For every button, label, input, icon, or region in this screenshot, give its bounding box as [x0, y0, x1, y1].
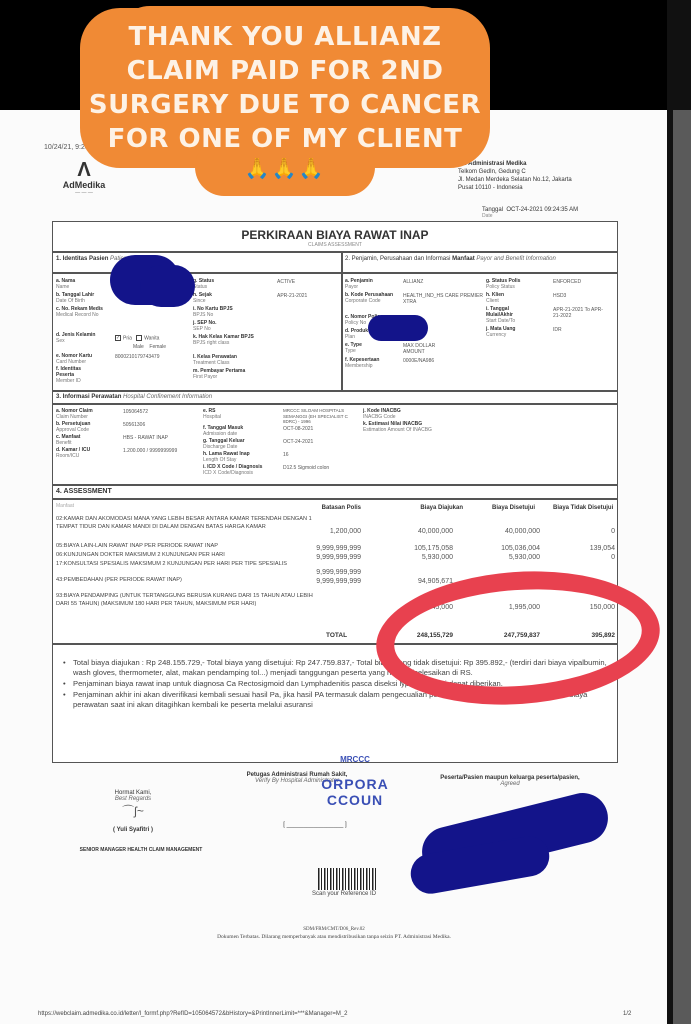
- sex-options: ✓Pria Wanita Male Female: [115, 335, 166, 350]
- field-hospital: e. RSHospital: [203, 408, 221, 420]
- redaction-policy-info: [368, 315, 428, 341]
- field-currency: j. Mata UangCurrency: [486, 326, 515, 338]
- barcode-label: Scan your Reference ID: [312, 891, 376, 897]
- field-type: e. TypeType: [345, 342, 362, 354]
- field-discharge-date: g. Tanggal KeluarDischarge Date: [203, 438, 245, 450]
- section-confinement-heading: 3. Informasi Perawatan Hospital Confinem…: [56, 394, 212, 400]
- reference-barcode: [318, 868, 376, 890]
- footer-url: https://webclaim.admedika.co.id/letter/l…: [38, 1011, 348, 1017]
- assessment-cell-limit: 1,200,000: [286, 528, 361, 535]
- document-date: Tanggal OCT-24-2021 09:24:35 AM Date: [482, 207, 578, 219]
- field-first-payor: m. Pembayar PertamaFirst Payor: [193, 368, 245, 380]
- field-icd-diagnosis: i. ICD X Code / DiagnosisICD X Code/Diag…: [203, 464, 262, 476]
- footer-page-number: 1/2: [623, 1011, 631, 1017]
- assessment-row-desc: 02:KAMAR DAN AKOMODASI MANA YANG LEBIH B…: [56, 515, 316, 531]
- field-claim-number: a. Nomor ClaimClaim Number: [56, 408, 93, 420]
- section-payor-heading: 2. Penjamin, Perusahaan dan Informasi Ma…: [345, 256, 615, 262]
- field-plan: d. ProdukPlan: [345, 328, 368, 340]
- assessment-row-desc: 93:BIAYA PENDAMPING (UNTUK TERTANGGUNG B…: [56, 592, 316, 608]
- field-inacbg-estimate: k. Estimasi Nilai INACBGEstimation Amoun…: [363, 421, 433, 433]
- field-policy-status: g. Status PolisPolicy Status: [486, 278, 520, 290]
- col-submitted: Biaya Diajukan: [393, 505, 463, 511]
- right-edge-bar: [667, 0, 691, 1024]
- field-sex: d. Jenis KelaminSex: [56, 332, 95, 344]
- field-start-end-date: i. Tanggal Mulai/AkhirStart Date/To: [486, 306, 536, 324]
- assessment-cell-submitted: 40,000,000: [378, 528, 453, 535]
- signature-scribble-icon: ⌒ʃ~: [78, 802, 188, 819]
- col-approved: Biaya Disetujui: [465, 505, 535, 511]
- assessment-row-desc: 06:KUNJUNGAN DOKTER MAKSIMUM 2 KUNJUNGAN…: [56, 551, 316, 559]
- assessment-cell-submitted: 5,930,000: [378, 554, 453, 561]
- assessment-row-desc: 43:PEMBEDAHAN (PER PERIODE RAWAT INAP): [56, 576, 316, 584]
- signer-title: SENIOR MANAGER HEALTH CLAIM MANAGEMENT: [56, 847, 226, 853]
- total-label: TOTAL: [326, 632, 347, 639]
- col-policy-limit: Batasan Polis: [291, 505, 361, 511]
- field-inacbg-code: j. Kode INACBGINACBG Code: [363, 408, 401, 420]
- assessment-row-desc: 05:BIAYA LAIN-LAIN RAWAT INAP PER PERIOD…: [56, 542, 316, 550]
- assessment-cell-approved: 105,036,004: [465, 545, 540, 552]
- field-since: h. SejakSince: [193, 292, 212, 304]
- redaction-patient-info: [140, 265, 195, 307]
- form-title: PERKIRAAN BIAYA RAWAT INAP: [53, 228, 617, 242]
- field-room-icu: d. Kamar / ICURoom/ICU: [56, 447, 90, 459]
- assessment-cell-approved: 5,930,000: [465, 554, 540, 561]
- hospital-stamp: MRCCC ORPORA CCOUN: [310, 755, 400, 827]
- signature-left: Hormat Kami, Best Regards ⌒ʃ~ ( Yuli Sya…: [78, 790, 188, 833]
- field-treatment-class: l. Kelas PerawatanTreatment Class: [193, 354, 237, 366]
- assessment-cell-approved: 40,000,000: [465, 528, 540, 535]
- signature-patient: Peserta/Pasien maupun keluarga peserta/p…: [400, 775, 620, 787]
- field-name: a. NamaName: [56, 278, 75, 290]
- field-approval-code: b. PersetujuanApproval Code: [56, 421, 90, 433]
- assessment-cell-limit: 9,999,999,999: [286, 578, 361, 585]
- field-dob: b. Tanggal LahirDate Of Birth: [56, 292, 94, 304]
- assessment-cell-submitted: 94,905,671: [378, 578, 453, 585]
- assessment-cell-rejected: 139,054: [540, 545, 615, 552]
- field-bpjs-class: k. Hak Kelas Kamar BPJSBPJS right class: [193, 334, 263, 346]
- document-code: SDM/FRM/CMT/D06_Rev.02: [0, 927, 668, 932]
- story-caption-banner: THANK YOU ALLIANZ CLAIM PAID FOR 2ND SUR…: [80, 8, 490, 196]
- checkbox-female: [136, 335, 142, 341]
- assessment-row-desc: 17:KONSULTASI SPESIALIS MAKSIMUM 2 KUNJU…: [56, 560, 316, 568]
- field-payor: a. PenjaminPayor: [345, 278, 373, 290]
- field-medical-record: c. No. Rekam MedisMedical Record No: [56, 306, 106, 318]
- document-notice: Dokumen Terbatas. Dilarang memperbanyak …: [0, 934, 668, 940]
- checkbox-male: ✓: [115, 335, 121, 341]
- field-benefit: c. ManfaatBenefit: [56, 434, 80, 446]
- assessment-cell-rejected: 0: [540, 554, 615, 561]
- assessment-cell-submitted: 105,175,058: [378, 545, 453, 552]
- field-sep-no: j. SEP No.SEP No: [193, 320, 217, 332]
- col-rejected: Biaya Tidak Disetujui: [553, 505, 615, 511]
- assessment-heading: 4. ASSESSMENT: [56, 488, 112, 495]
- field-card-number: e. Nomor KartuCard Number: [56, 353, 92, 365]
- field-membership: f. KepesertaanMembership: [345, 357, 379, 369]
- praying-hands-icon: 🙏🙏🙏: [80, 156, 490, 181]
- caption-text: THANK YOU ALLIANZ CLAIM PAID FOR 2ND SUR…: [80, 20, 490, 156]
- field-length-of-stay: h. Lama Rawat InapLength Of Stay: [203, 451, 250, 463]
- field-status: g. StatusStatus: [193, 278, 214, 290]
- assessment-cell-limit: 9,999,999,999: [286, 569, 361, 576]
- assessment-cell-rejected: 0: [540, 528, 615, 535]
- field-member-id: f. Identitas PesertaMember ID: [56, 366, 96, 384]
- field-bpjs-card: i. No Kartu BPJSBPJS No: [193, 306, 233, 318]
- field-admission-date: f. Tanggal MasukAdmission date: [203, 425, 243, 437]
- field-corporate-code: b. Kode PerusahaanCorporate Code: [345, 292, 397, 304]
- field-client: h. KlienClient: [486, 292, 504, 304]
